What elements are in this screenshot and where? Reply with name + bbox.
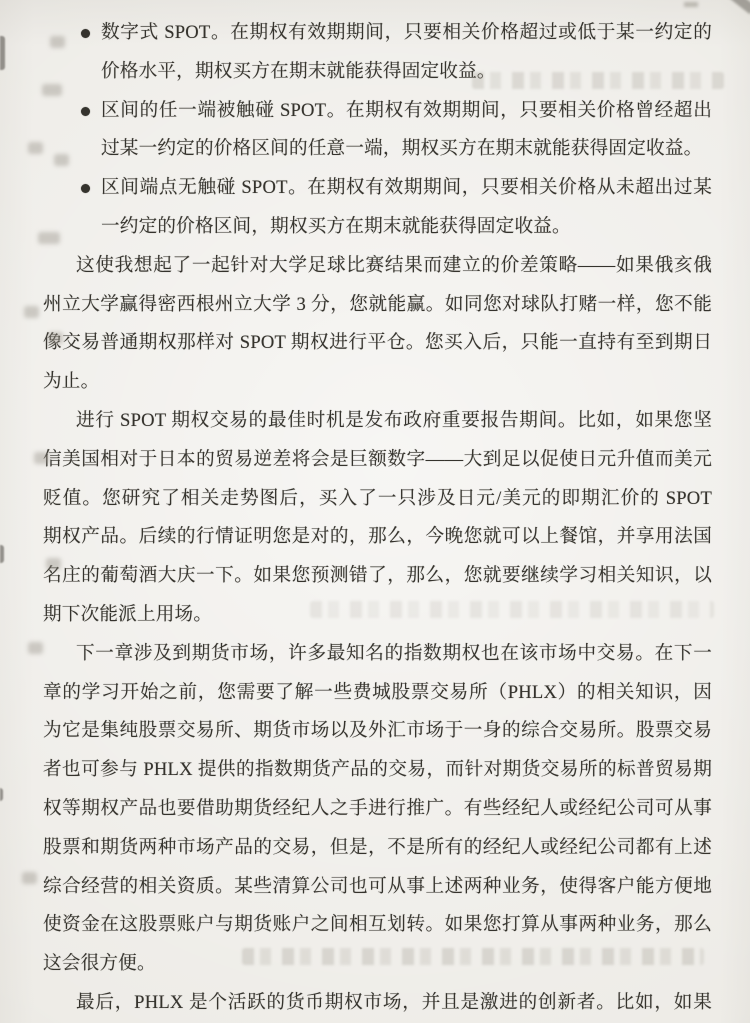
text-line: 者也可参与 PHLX 提供的指数期货产品的交易，而针对期货交易所的标普贸易期	[43, 751, 712, 790]
bleed-through-mark	[22, 872, 37, 884]
bleed-through-mark	[50, 36, 65, 48]
bleed-through-mark	[34, 452, 49, 464]
text-line: 期权产品。后续的行情证明您是对的，那么，今晚您就可以上餐馆，并享用法国	[43, 518, 712, 557]
bleed-through-mark	[28, 142, 43, 154]
bleed-through-mark	[48, 332, 63, 344]
text-line: 区间端点无触碰 SPOT。在期权有效期期间，只要相关价格从未超出过某	[101, 169, 712, 208]
text-line: 进行 SPOT 期权交易的最佳时机是发布政府重要报告期间。比如，如果您坚	[43, 402, 712, 441]
text-line: 名庄的葡萄酒大庆一下。如果您预测错了，那么，您就要继续学习相关知识，以	[43, 557, 712, 596]
text-line: 州立大学赢得密西根州立大学 3 分，您就能赢。如同您对球队打赌一样，您不能	[43, 286, 712, 325]
text-line: 像交易普通期权那样对 SPOT 期权进行平仓。您买入后，只能一直持有至到期日	[43, 324, 712, 363]
text-line: 一约定的价格区间，期权买方在期末就能获得固定收益。	[101, 208, 712, 247]
text-line: 区间的任一端被触碰 SPOT。在期权有效期期间，只要相关价格曾经超出	[101, 92, 712, 131]
text-line: 为止。	[43, 363, 712, 402]
paragraph: 最后，PHLX 是个活跃的货币期权市场，并且是激进的创新者。比如，如果	[43, 984, 712, 1023]
scan-edge-artifact	[0, 545, 4, 563]
bleed-through-mark	[28, 642, 43, 654]
scan-edge-artifact	[0, 36, 5, 70]
scan-edge-artifact	[726, 0, 750, 14]
text-line: 这使我想起了一起针对大学足球比赛结果而建立的价差策略——如果俄亥俄	[43, 247, 712, 286]
bullet-item: 区间的任一端被触碰 SPOT。在期权有效期期间，只要相关价格曾经超出过某一约定的…	[43, 92, 712, 170]
scan-edge-artifact	[684, 2, 698, 7]
bullet-dot-icon	[81, 29, 90, 38]
text-line: 章的学习开始之前，您需要了解一些费城股票交易所（PHLX）的相关知识，因	[43, 674, 712, 713]
bleed-through-mark	[42, 84, 62, 96]
bullet-dot-icon	[81, 184, 90, 193]
text-line: 数字式 SPOT。在期权有效期期间，只要相关价格超过或低于某一约定的	[101, 14, 712, 53]
bleed-through-mark	[38, 232, 60, 244]
bullet-dot-icon	[81, 107, 90, 116]
paragraph: 进行 SPOT 期权交易的最佳时机是发布政府重要报告期间。比如，如果您坚信美国相…	[43, 402, 712, 635]
paragraph: 下一章涉及到期货市场，许多最知名的指数期权也在该市场中交易。在下一章的学习开始之…	[43, 635, 712, 984]
text-column: 数字式 SPOT。在期权有效期期间，只要相关价格超过或低于某一约定的价格水平，期…	[43, 14, 712, 1023]
bleed-through-mark	[24, 306, 39, 318]
text-line: 信美国相对于日本的贸易逆差将会是巨额数字——大到足以促使日元升值而美元	[43, 441, 712, 480]
text-line: 下一章涉及到期货市场，许多最知名的指数期权也在该市场中交易。在下一	[43, 635, 712, 674]
text-line: 使资金在这股票账户与期货账户之间相互划转。如果您打算从事两种业务，那么	[43, 906, 712, 945]
text-line: 过某一约定的价格区间的任意一端，期权买方在期末就能获得固定收益。	[101, 130, 712, 169]
text-line: 权等期权产品也要借助期货经纪人之手进行推广。有些经纪人或经纪公司可从事	[43, 790, 712, 829]
text-line: 综合经营的相关资质。某些清算公司也可从事上述两种业务，使得客户能方便地	[43, 868, 712, 907]
bleed-through-mark	[46, 558, 61, 570]
scan-edge-artifact	[0, 788, 3, 801]
text-line: 贬值。您研究了相关走势图后，买入了一只涉及日元/美元的即期汇价的 SPOT	[43, 480, 712, 519]
text-line: 为它是集纯股票交易所、期货市场以及外汇市场于一身的综合交易所。股票交易	[43, 712, 712, 751]
text-line: 最后，PHLX 是个活跃的货币期权市场，并且是激进的创新者。比如，如果	[43, 984, 712, 1023]
scanned-book-page: 数字式 SPOT。在期权有效期期间，只要相关价格超过或低于某一约定的价格水平，期…	[0, 0, 750, 1023]
bleed-through-mark	[54, 154, 69, 166]
bleed-through-text-row	[242, 948, 704, 965]
bullet-item: 区间端点无触碰 SPOT。在期权有效期期间，只要相关价格从未超出过某一约定的价格…	[43, 169, 712, 247]
bleed-through-text-row	[472, 72, 724, 89]
bleed-through-text-row	[310, 601, 714, 618]
paragraph: 这使我想起了一起针对大学足球比赛结果而建立的价差策略——如果俄亥俄州立大学赢得密…	[43, 247, 712, 402]
text-line: 股票和期货两种市场产品的交易，但是，不是所有的经纪人或经纪公司都有上述	[43, 829, 712, 868]
